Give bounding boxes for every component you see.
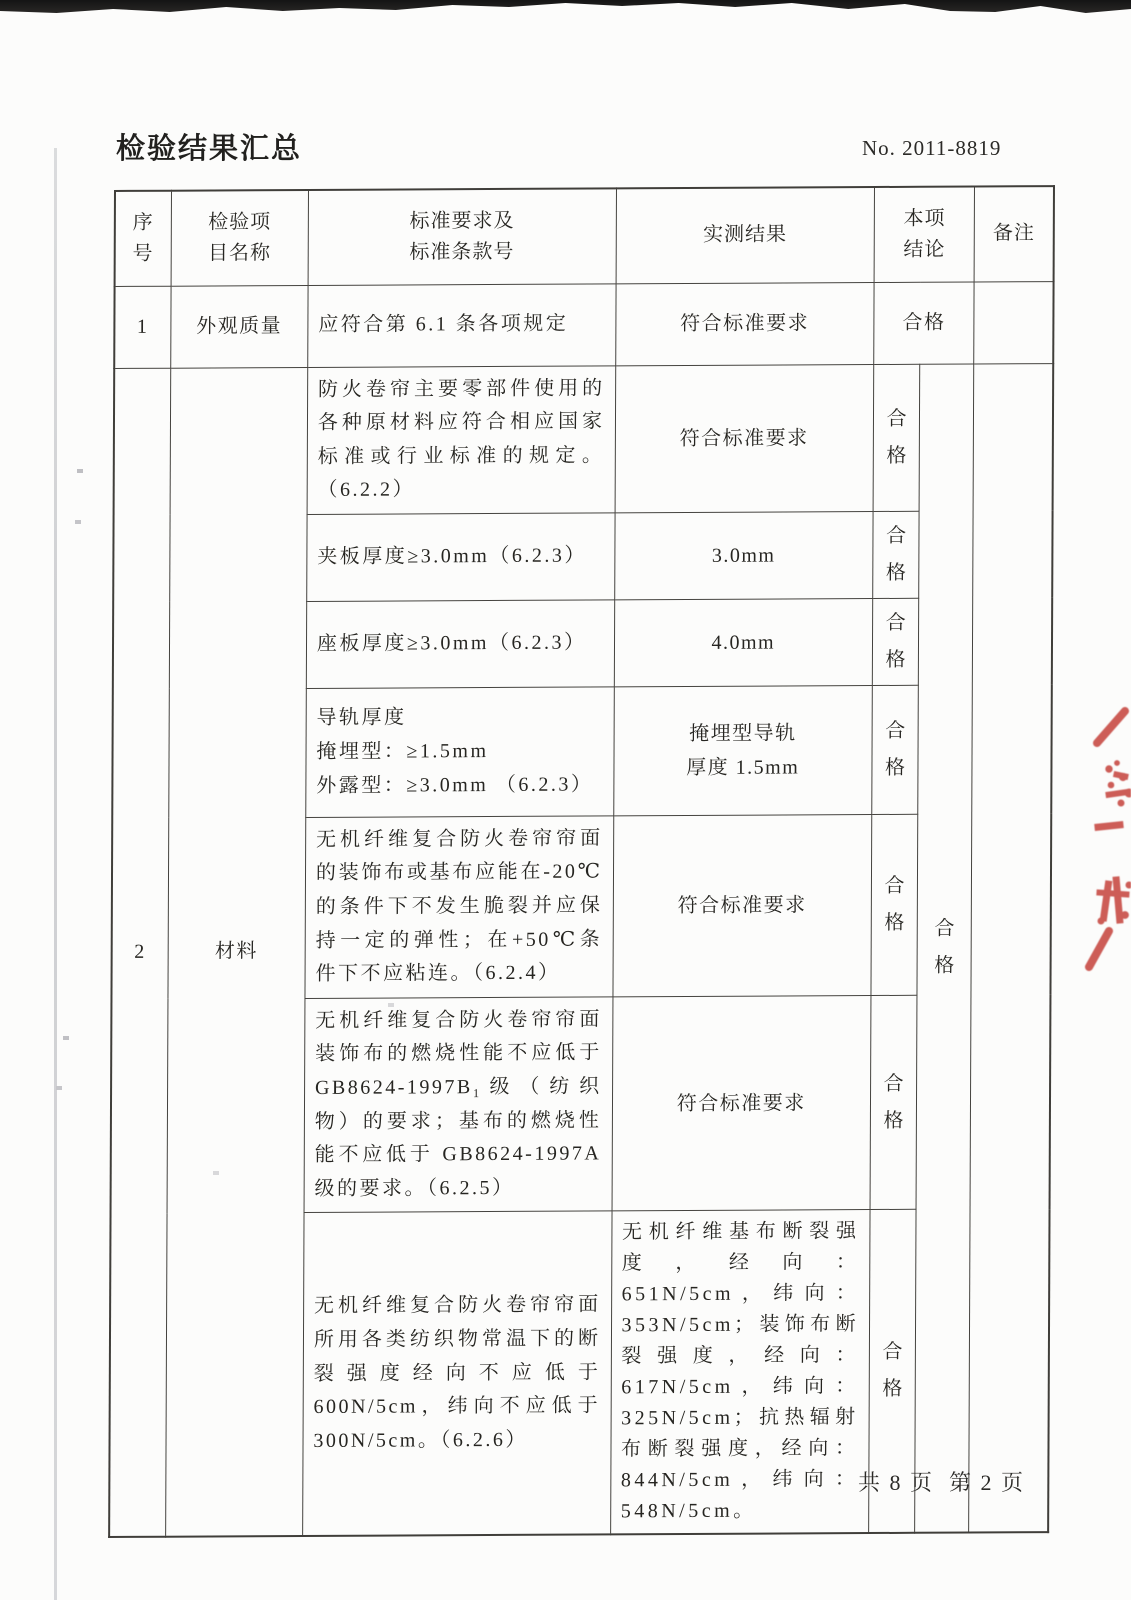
cell-conclusion: 合格 — [874, 281, 975, 364]
cell-standard: 应符合第 6.1 条各项规定 — [308, 283, 616, 367]
cell-conclusion: 合格 — [871, 814, 918, 995]
cell-standard: 防火卷帘主要零部件使用的各种原材料应符合相应国家标准或行业标准的规定。（6.2.… — [307, 365, 615, 514]
cell-result: 符合标准要求 — [612, 995, 871, 1211]
cell-remark — [974, 281, 1054, 363]
document-number: No. 2011-8819 — [862, 136, 1001, 161]
cell-item-name: 材料 — [165, 367, 307, 1537]
cell-standard: 无机纤维复合防火卷帘帘面装饰布的燃烧性能不应低于GB8624-1997B₁级（纺… — [304, 997, 613, 1213]
cell-serial-no: 1 — [114, 286, 170, 368]
page-title: 检验结果汇总 — [116, 126, 302, 167]
cell-standard: 无机纤维复合防火卷帘帘面所用各类纺织物常温下的断裂强度经向不应低于600N/5c… — [303, 1211, 612, 1536]
page-footer: 共 8 页 第 2 页 — [858, 1466, 1025, 1497]
cell-result: 3.0mm — [614, 511, 873, 599]
cell-conclusion: 合格 — [872, 685, 919, 814]
cell-conclusion: 合格 — [873, 511, 919, 598]
cell-conclusion: 合格 — [873, 364, 920, 512]
scan-artifact-left-line — [54, 148, 57, 1600]
header-remark: 备注 — [974, 186, 1054, 281]
cell-result: 无机纤维基布断裂强度，经向：651N/5cm，纬向：353N/5cm；装饰布断裂… — [610, 1210, 870, 1535]
cell-result: 4.0mm — [614, 598, 873, 686]
cell-remark — [969, 363, 1053, 1533]
cell-standard: 导轨厚度 掩埋型：≥1.5mm 外露型：≥3.0mm （6.2.3） — [306, 687, 614, 818]
cell-result: 掩埋型导轨 厚度 1.5mm — [613, 685, 872, 815]
cell-standard: 座板厚度≥3.0mm（6.2.3） — [306, 600, 614, 689]
cell-standard: 无机纤维复合防火卷帘帘面的装饰布或基布应能在-20℃的条件下不发生脆裂并应保持一… — [305, 816, 613, 999]
red-stamp-fragment — [1051, 685, 1131, 975]
header-measured-result: 实测结果 — [616, 187, 875, 283]
inspection-results-table: 序 号 检验项 目名称 标准要求及 标准条款号 实测结果 本项 结论 备注 1 … — [108, 185, 1055, 1538]
scanned-report-page: 检验结果汇总 No. 2011-8819 序 号 检验项 目名称 标准要求及 标… — [0, 0, 1131, 1600]
cell-item-name: 外观质量 — [170, 285, 308, 368]
stamp-marks-icon — [1051, 685, 1131, 975]
header-item-conclusion: 本项 结论 — [874, 186, 975, 282]
scan-artifact-specks — [0, 0, 4, 2]
cell-serial-no: 2 — [109, 368, 170, 1538]
cell-conclusion: 合格 — [870, 995, 917, 1210]
cell-result: 符合标准要求 — [615, 282, 874, 365]
cell-conclusion: 合格 — [872, 598, 918, 685]
scan-artifact-top-edge — [0, 0, 1131, 16]
header-standard-requirement: 标准要求及 标准条款号 — [308, 188, 616, 285]
header-item-name: 检验项 目名称 — [171, 190, 309, 286]
table-row-1: 1 外观质量 应符合第 6.1 条各项规定 符合标准要求 合格 — [114, 281, 1053, 368]
table-row-2-sub-1: 2 材料 防火卷帘主要零部件使用的各种原材料应符合相应国家标准或行业标准的规定。… — [114, 363, 1054, 515]
cell-overall-conclusion: 合格 — [915, 363, 974, 1533]
cell-result: 符合标准要求 — [615, 364, 874, 513]
cell-standard: 夹板厚度≥3.0mm（6.2.3） — [307, 513, 615, 602]
header-serial-no: 序 号 — [115, 191, 172, 286]
cell-result: 符合标准要求 — [612, 814, 871, 996]
table-header-row: 序 号 检验项 目名称 标准要求及 标准条款号 实测结果 本项 结论 备注 — [115, 186, 1054, 286]
